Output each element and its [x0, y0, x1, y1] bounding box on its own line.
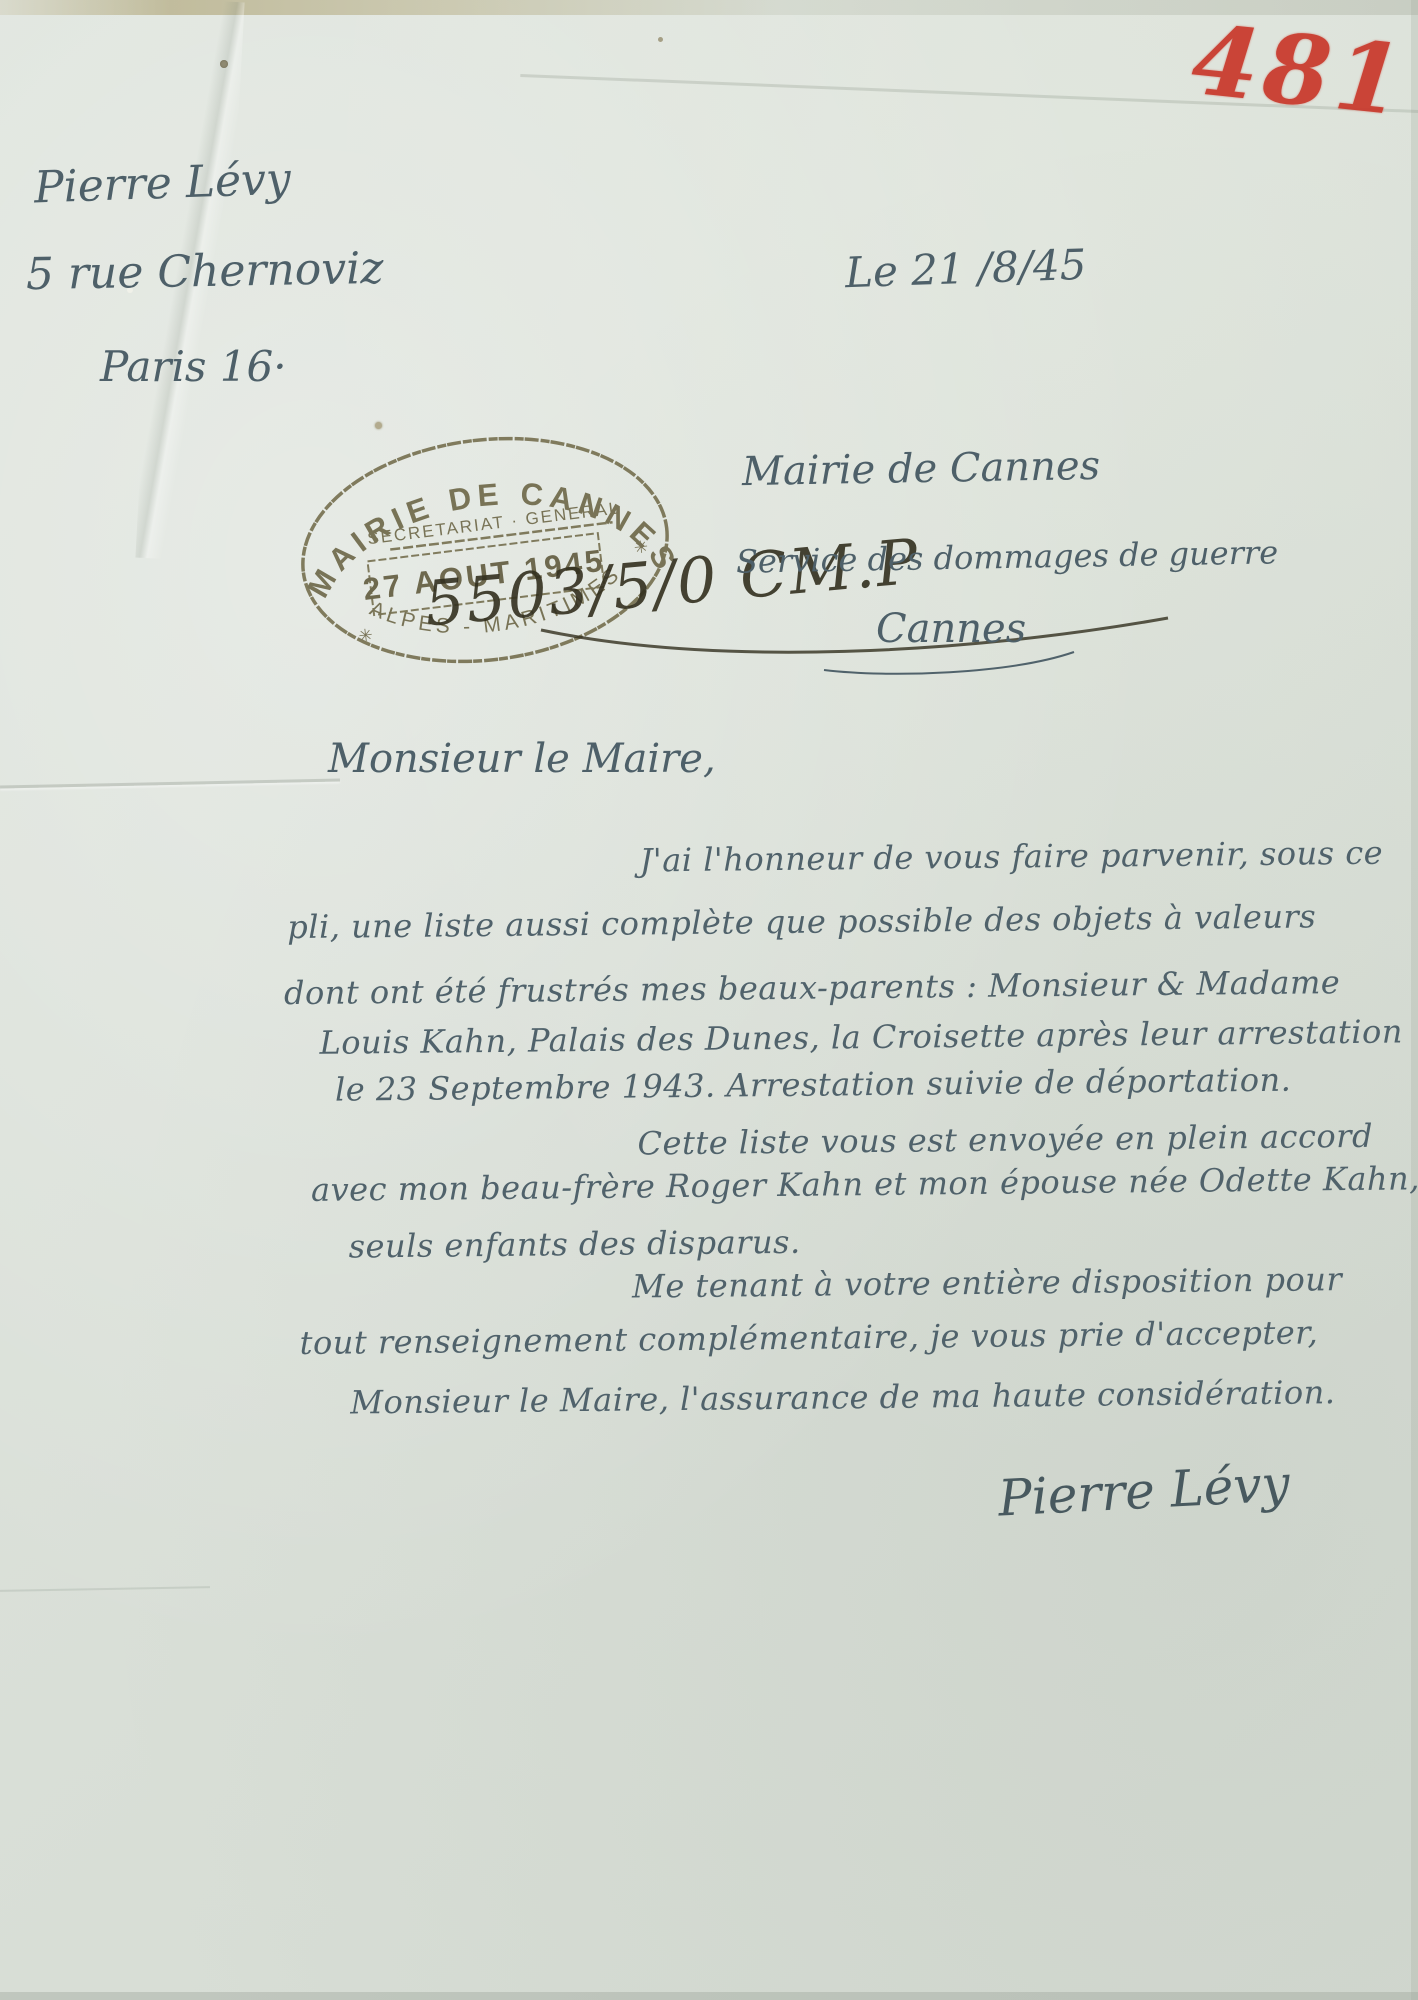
- body-line: Me tenant à votre entière disposition po…: [632, 1260, 1343, 1305]
- body-line: le 23 Septembre 1943. Arrestation suivie…: [335, 1061, 1292, 1109]
- body-line: Cette liste vous est envoyée en plein ac…: [637, 1117, 1373, 1163]
- body-line: avec mon beau-frère Roger Kahn et mon ép…: [311, 1159, 1418, 1209]
- letter-body: J'ai l'honneur de vous faire parvenir, s…: [0, 0, 1418, 2000]
- body-line: Monsieur le Maire, l'assurance de ma hau…: [350, 1373, 1336, 1421]
- body-line: tout renseignement complémentaire, je vo…: [299, 1313, 1318, 1362]
- body-line: J'ai l'honneur de vous faire parvenir, s…: [639, 834, 1383, 880]
- body-line: pli, une liste aussi complète que possib…: [287, 897, 1316, 946]
- letter-scan-page: 481 Pierre Lévy 5 rue Chernoviz Paris 16…: [0, 0, 1418, 2000]
- body-line: dont ont été frustrés mes beaux-parents …: [284, 963, 1341, 1012]
- body-line: seuls enfants des disparus.: [348, 1223, 800, 1266]
- body-line: Louis Kahn, Palais des Dunes, la Croiset…: [319, 1012, 1403, 1061]
